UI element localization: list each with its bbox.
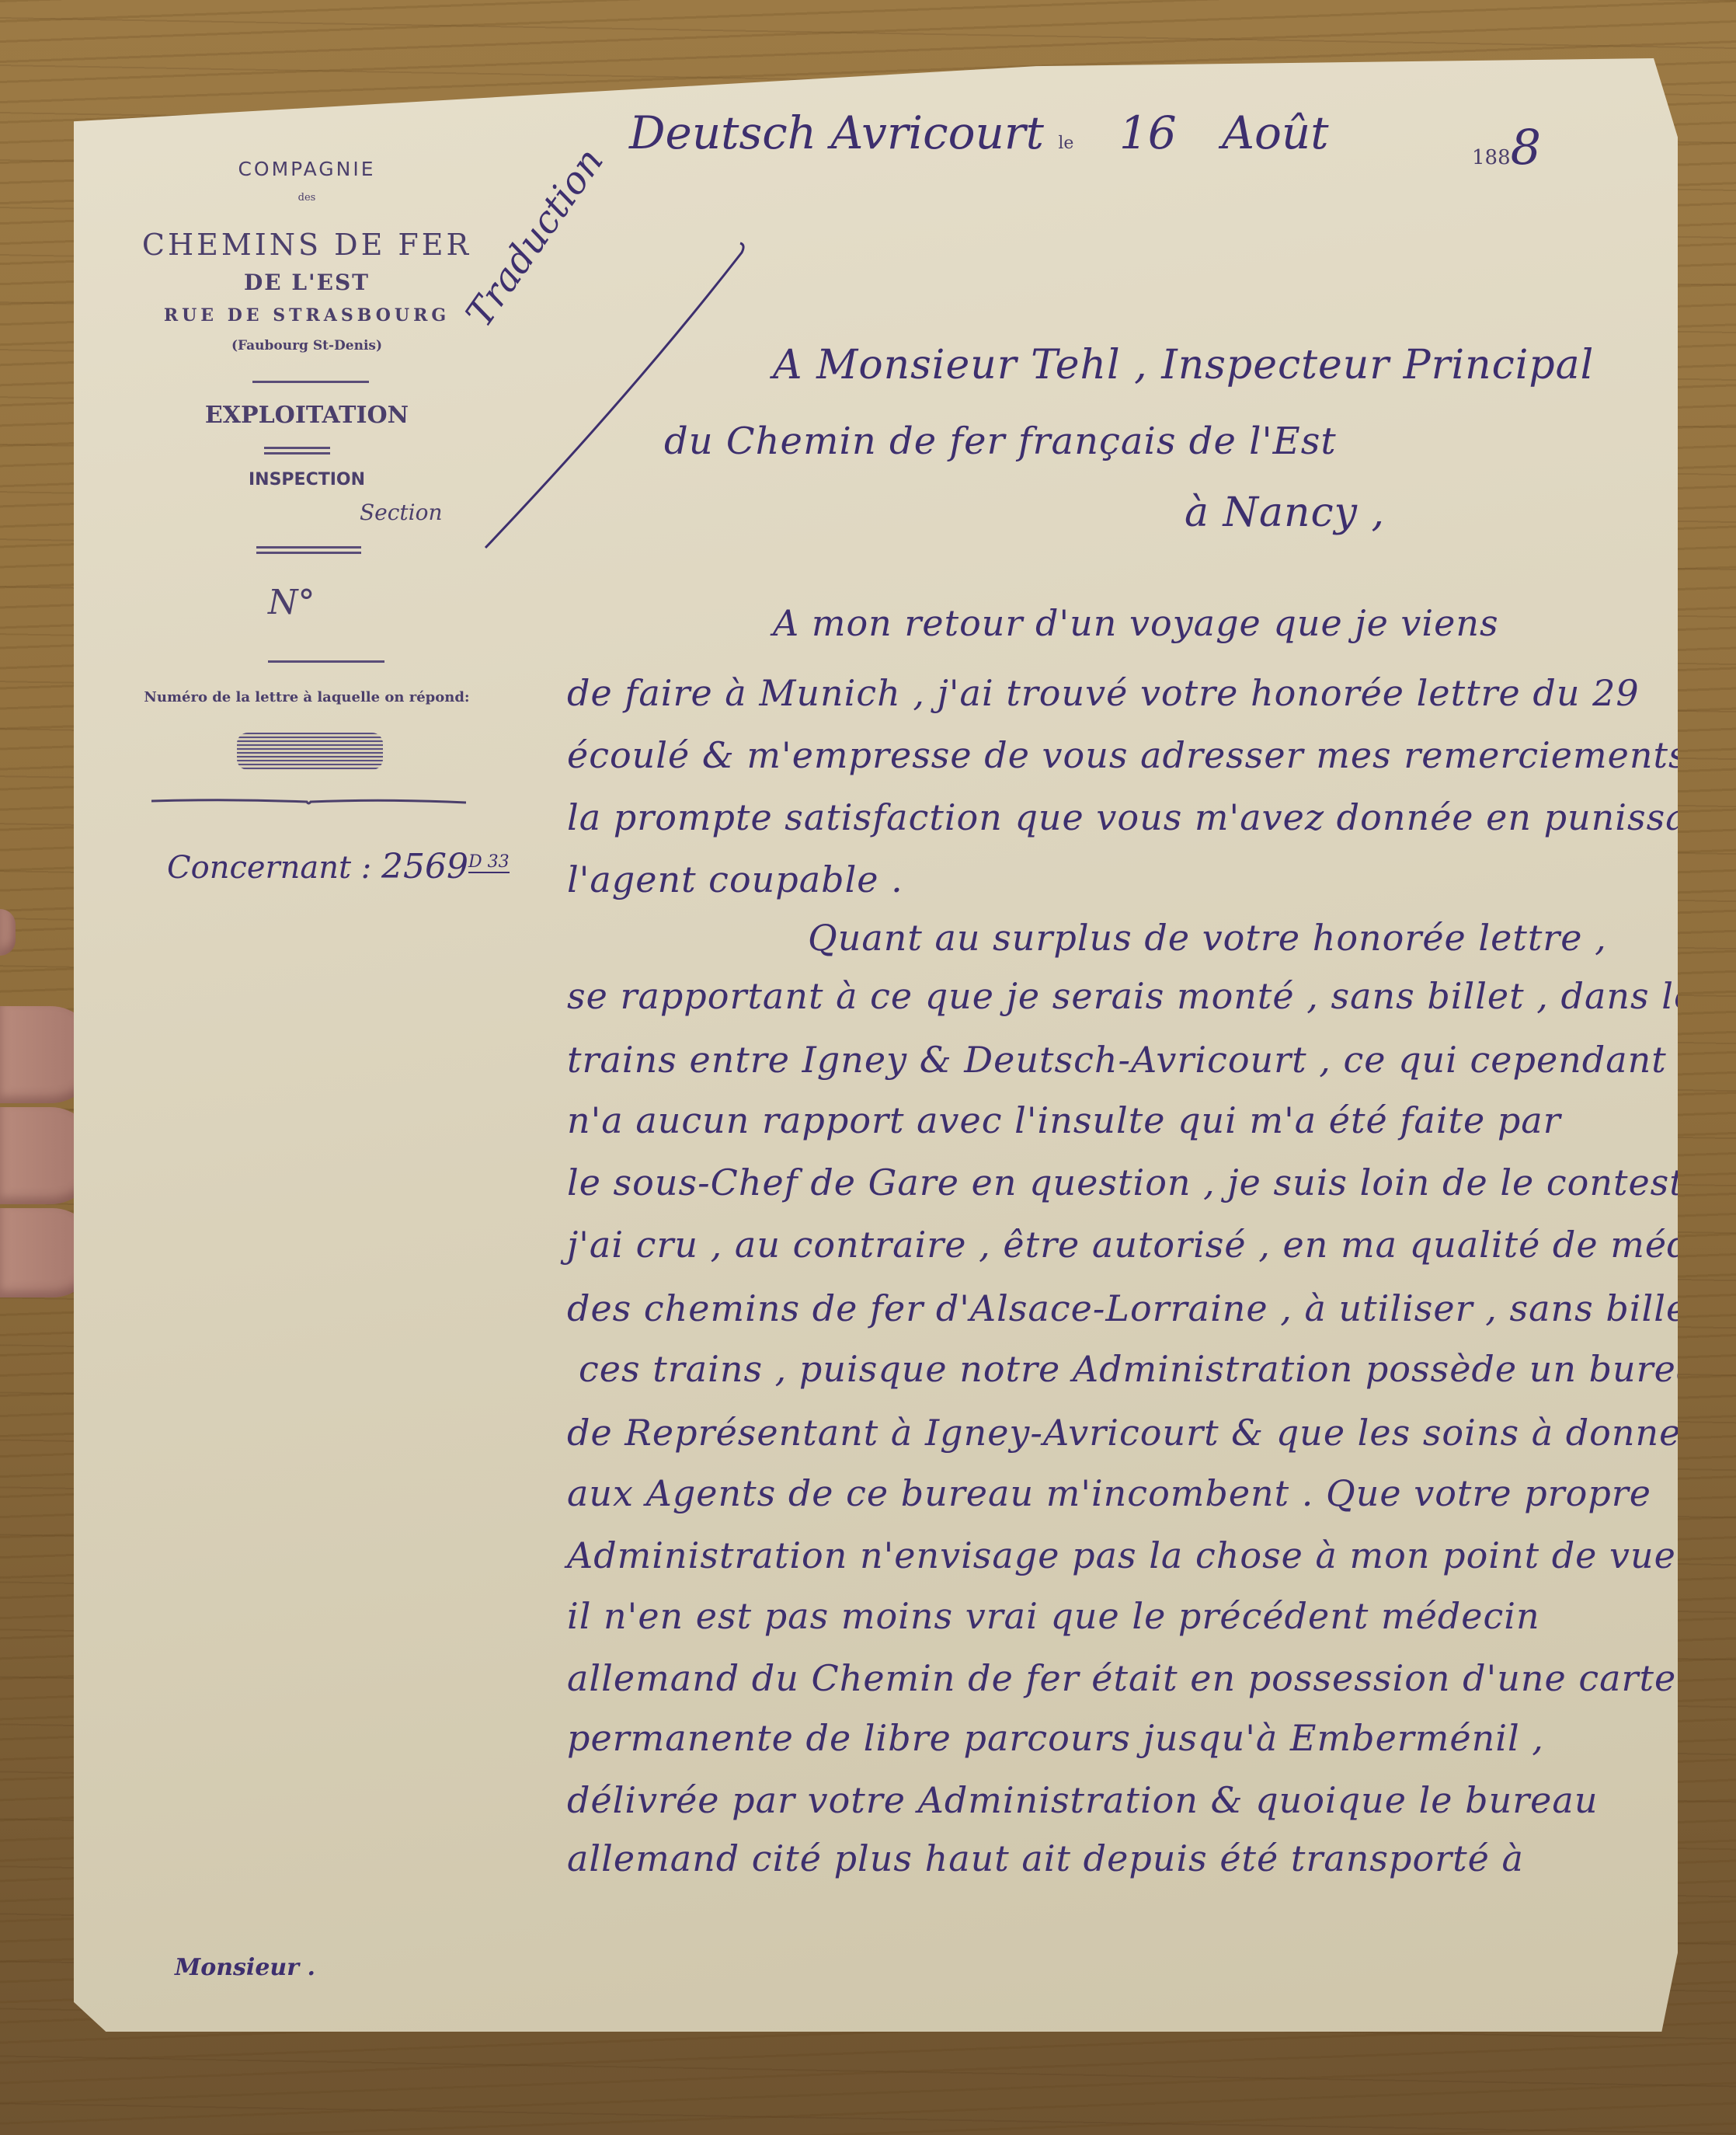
number-label: N°	[268, 583, 315, 622]
body-line: Administration n'envisage pas la chose à…	[567, 1534, 1700, 1576]
body-line: ces trains , puisque notre Administratio…	[579, 1348, 1722, 1390]
concerning-value: 2569	[381, 847, 468, 886]
concerning-superscript: D 33	[468, 852, 510, 873]
place: Deutsch Avricourt	[629, 106, 1044, 159]
body-line: délivrée par votre Administration & quoi…	[567, 1779, 1598, 1821]
divider	[268, 660, 384, 663]
footer-salutation: Monsieur .	[175, 1954, 315, 1981]
body-line: permanente de libre parcours jusqu'à Emb…	[567, 1717, 1544, 1759]
body-line: écoulé & m'empresse de vous adresser mes…	[567, 734, 1736, 776]
body-line: trains entre Igney & Deutsch-Avricourt ,…	[567, 1039, 1667, 1081]
body-line: allemand cité plus haut ait depuis été t…	[567, 1837, 1524, 1879]
le-label: le	[1058, 134, 1073, 153]
letter-sheet: COMPAGNIE des CHEMINS DE FER DE L'EST RU…	[74, 58, 1678, 2032]
year-prefix: 188	[1472, 146, 1511, 169]
body-line: aux Agents de ce bureau m'incombent . Qu…	[567, 1472, 1651, 1514]
body-line: le sous-Chef de Gare en question , je su…	[567, 1162, 1736, 1203]
letterhead-service: INSPECTION	[74, 470, 540, 489]
letterhead-district: (Faubourg St-Denis)	[74, 338, 540, 354]
body-line: de faire à Munich , j'ai trouvé votre ho…	[567, 672, 1640, 714]
divider	[252, 381, 369, 383]
finger	[0, 909, 16, 956]
year: 1888	[1472, 119, 1541, 176]
concerning-field: Concernant : 2569D 33	[167, 847, 510, 886]
day: 16	[1119, 106, 1177, 159]
reply-number-field	[237, 733, 383, 770]
year-suffix: 8	[1511, 119, 1541, 176]
traduction-underline	[478, 237, 757, 556]
body-line: des chemins de fer d'Alsace-Lorraine , à…	[567, 1287, 1727, 1329]
body-line: de Représentant à Igney-Avricourt & que …	[567, 1412, 1699, 1454]
letterhead-name: CHEMINS DE FER	[74, 228, 540, 262]
date-line: Deutsch Avricourt le 16 Août	[629, 106, 1329, 159]
concerning-label: Concernant :	[167, 850, 371, 886]
letterhead-department: EXPLOITATION	[74, 402, 540, 429]
address-line-3: à Nancy ,	[1185, 489, 1385, 536]
double-divider	[256, 546, 361, 554]
month: Août	[1222, 106, 1328, 159]
letterhead-des: des	[74, 192, 540, 204]
body-line: Quant au surplus de votre honorée lettre…	[808, 917, 1607, 959]
body-line: allemand du Chemin de fer était en posse…	[567, 1657, 1676, 1699]
letterhead-company: COMPAGNIE	[74, 158, 540, 180]
body-line: la prompte satisfaction que vous m'avez …	[567, 796, 1727, 838]
body-line: A mon retour d'un voyage que je viens	[773, 602, 1499, 644]
body-line: se rapportant à ce que je serais monté ,…	[567, 975, 1715, 1017]
ornamental-divider	[151, 796, 466, 806]
address-line-1: A Monsieur Tehl , Inspecteur Principal	[773, 342, 1594, 388]
letterhead-section: Section	[360, 500, 443, 525]
address-line-2: du Chemin de fer français de l'Est	[664, 420, 1337, 463]
body-line: n'a aucun rapport avec l'insulte qui m'a…	[567, 1099, 1561, 1141]
body-line: l'agent coupable .	[567, 859, 903, 900]
reply-number-label: Numéro de la lettre à laquelle on répond…	[89, 689, 524, 705]
body-line: j'ai cru , au contraire , être autorisé …	[567, 1224, 1736, 1266]
body-line: il n'en est pas moins vrai que le précéd…	[567, 1595, 1540, 1637]
double-divider	[264, 447, 330, 455]
